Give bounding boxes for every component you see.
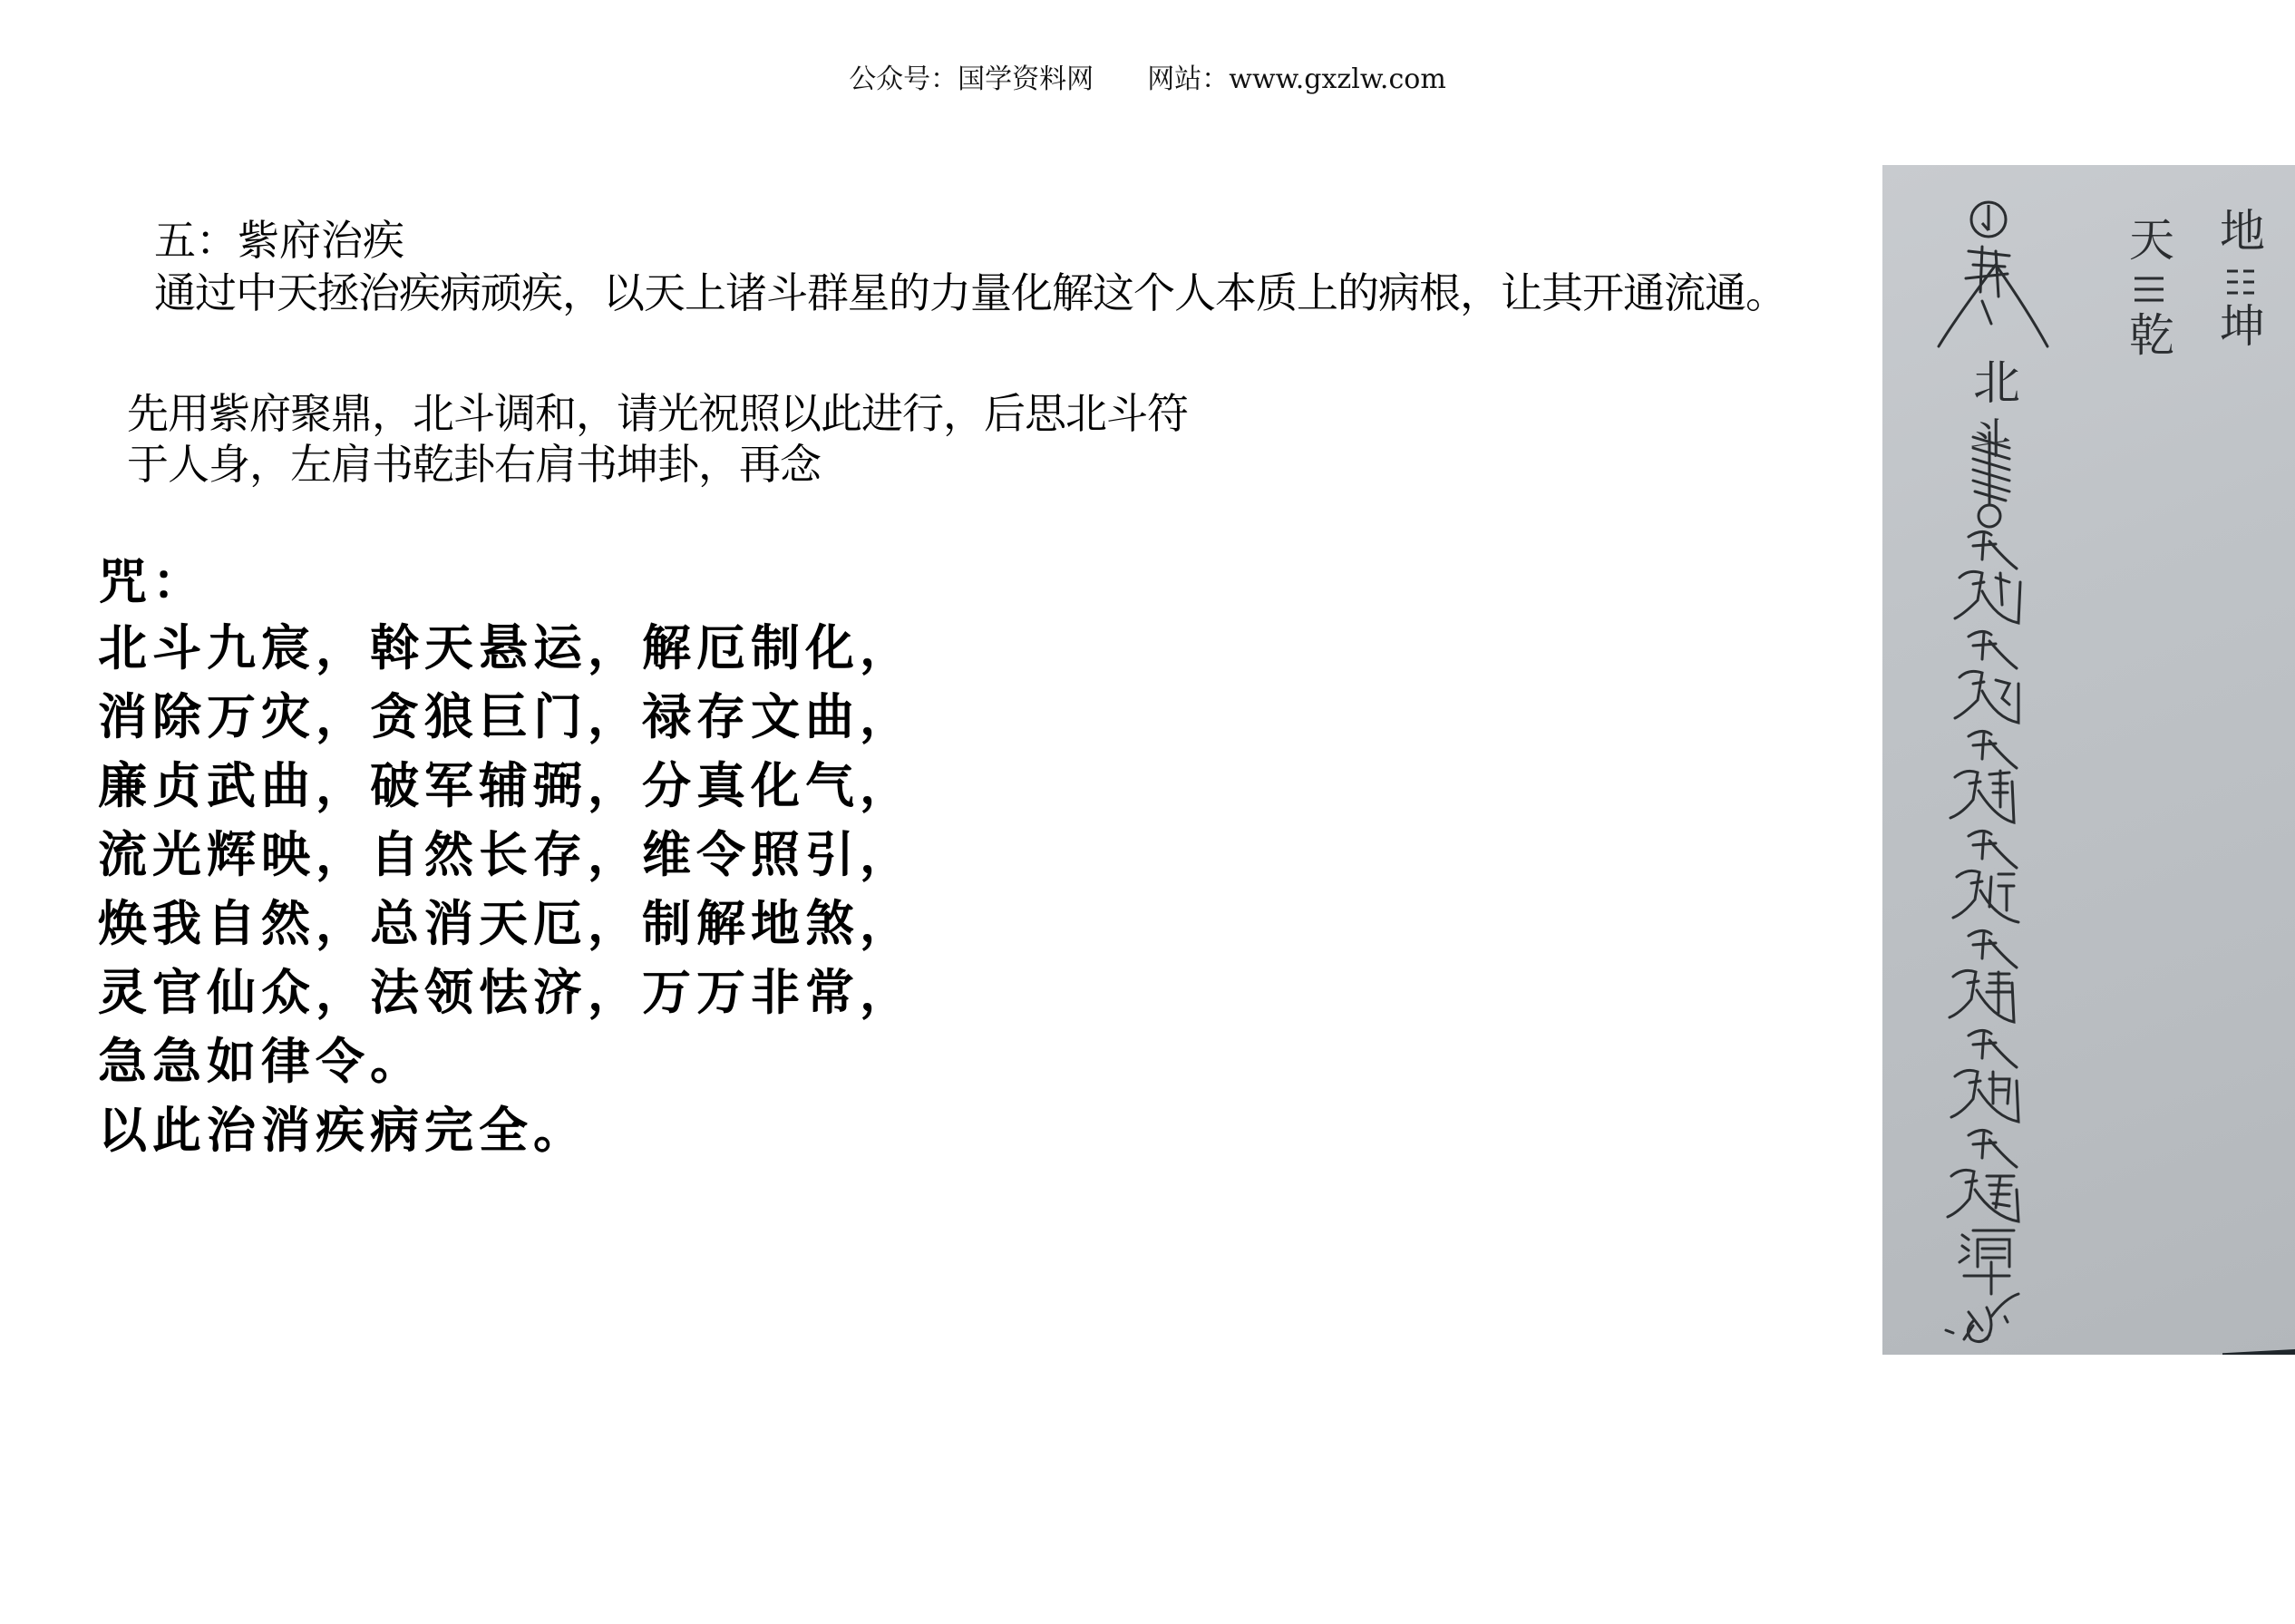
star-glyph-icon (1955, 531, 2020, 623)
talisman-char-kun: 坤 (2220, 300, 2265, 353)
incantation-label: 咒： (98, 549, 914, 613)
top-glyph-icon (1939, 247, 2047, 346)
star-glyph-icon (1951, 1030, 2018, 1122)
closing-glyph-icon (1960, 1230, 2018, 1339)
talisman-char-bei: 北 (1973, 356, 2020, 411)
page-header: 公众号：国学资料网 网站：www.gxzlw.com (0, 56, 2295, 96)
incantation-line: 焕我自然，总消天厄，制解地煞， (98, 889, 914, 958)
incantation-line: 以此治消疾病完全。 (98, 1095, 914, 1164)
star-glyph-icon (1950, 731, 2017, 822)
qian-trigram-icon (2135, 278, 2164, 300)
closing-mark-icon (1946, 1317, 2008, 1342)
incantation-line: 廉贞武曲，破军辅弼，分真化气， (98, 751, 914, 820)
trigram-kun: 地 坤 (2220, 205, 2265, 353)
incantation-block: 咒： 北斗九宸，斡天悬运，解厄制化， 消除万灾，贪狼巨门，禄存文曲， 廉贞武曲，… (98, 549, 914, 1164)
instruction-line: 先用紫府聚鼎，北斗调和，请光祝照以此进行，后思北斗符 (127, 388, 1188, 439)
talisman-char-qian: 乾 (2129, 309, 2174, 362)
trigram-qian: 天 乾 (2129, 214, 2174, 362)
talisman-drawing: 北 斗 天 乾 地 坤 (1882, 165, 2295, 1355)
instructions-block: 先用紫府聚鼎，北斗调和，请光祝照以此进行，后思北斗符 于人身，左肩书乾卦右肩书坤… (127, 388, 1188, 490)
instruction-line: 于人身，左肩书乾卦右肩书坤卦，再念 (127, 439, 1188, 490)
incantation-line: 流光辉映，自然长存，维令照引， (98, 820, 914, 889)
website-label: 网站：www.gxzlw.com (1147, 63, 1446, 95)
incantation-line: 消除万灾，贪狼巨门，禄存文曲， (98, 682, 914, 751)
talisman-char-tian: 天 (2129, 214, 2174, 267)
account-label: 公众号：国学资料网 (849, 63, 1094, 95)
incantation-line: 急急如律令。 (98, 1026, 914, 1095)
seven-star-glyphs (1946, 531, 2020, 1341)
section-title: 五：紫府治疾 (154, 214, 404, 267)
star-glyph-icon (1955, 631, 2018, 723)
sun-circle-icon (1971, 202, 2006, 237)
talisman-photo: 北 斗 天 乾 地 坤 (1882, 165, 2295, 1355)
star-glyph-icon (1950, 930, 2017, 1022)
talisman-char-di: 地 (2220, 205, 2265, 258)
section-description: 通过中天拯治疾病顽疾，以天上诸斗群星的力量化解这个人本质上的病根，让其开通流通。 (154, 267, 1786, 319)
kun-trigram-icon (2227, 271, 2254, 293)
incantation-line: 灵官仙众，法领怯济，万万非常， (98, 958, 914, 1026)
star-glyph-icon (1948, 1130, 2018, 1221)
incantation-line: 北斗九宸，斡天悬运，解厄制化， (98, 613, 914, 682)
star-glyph-icon (1953, 831, 2018, 922)
